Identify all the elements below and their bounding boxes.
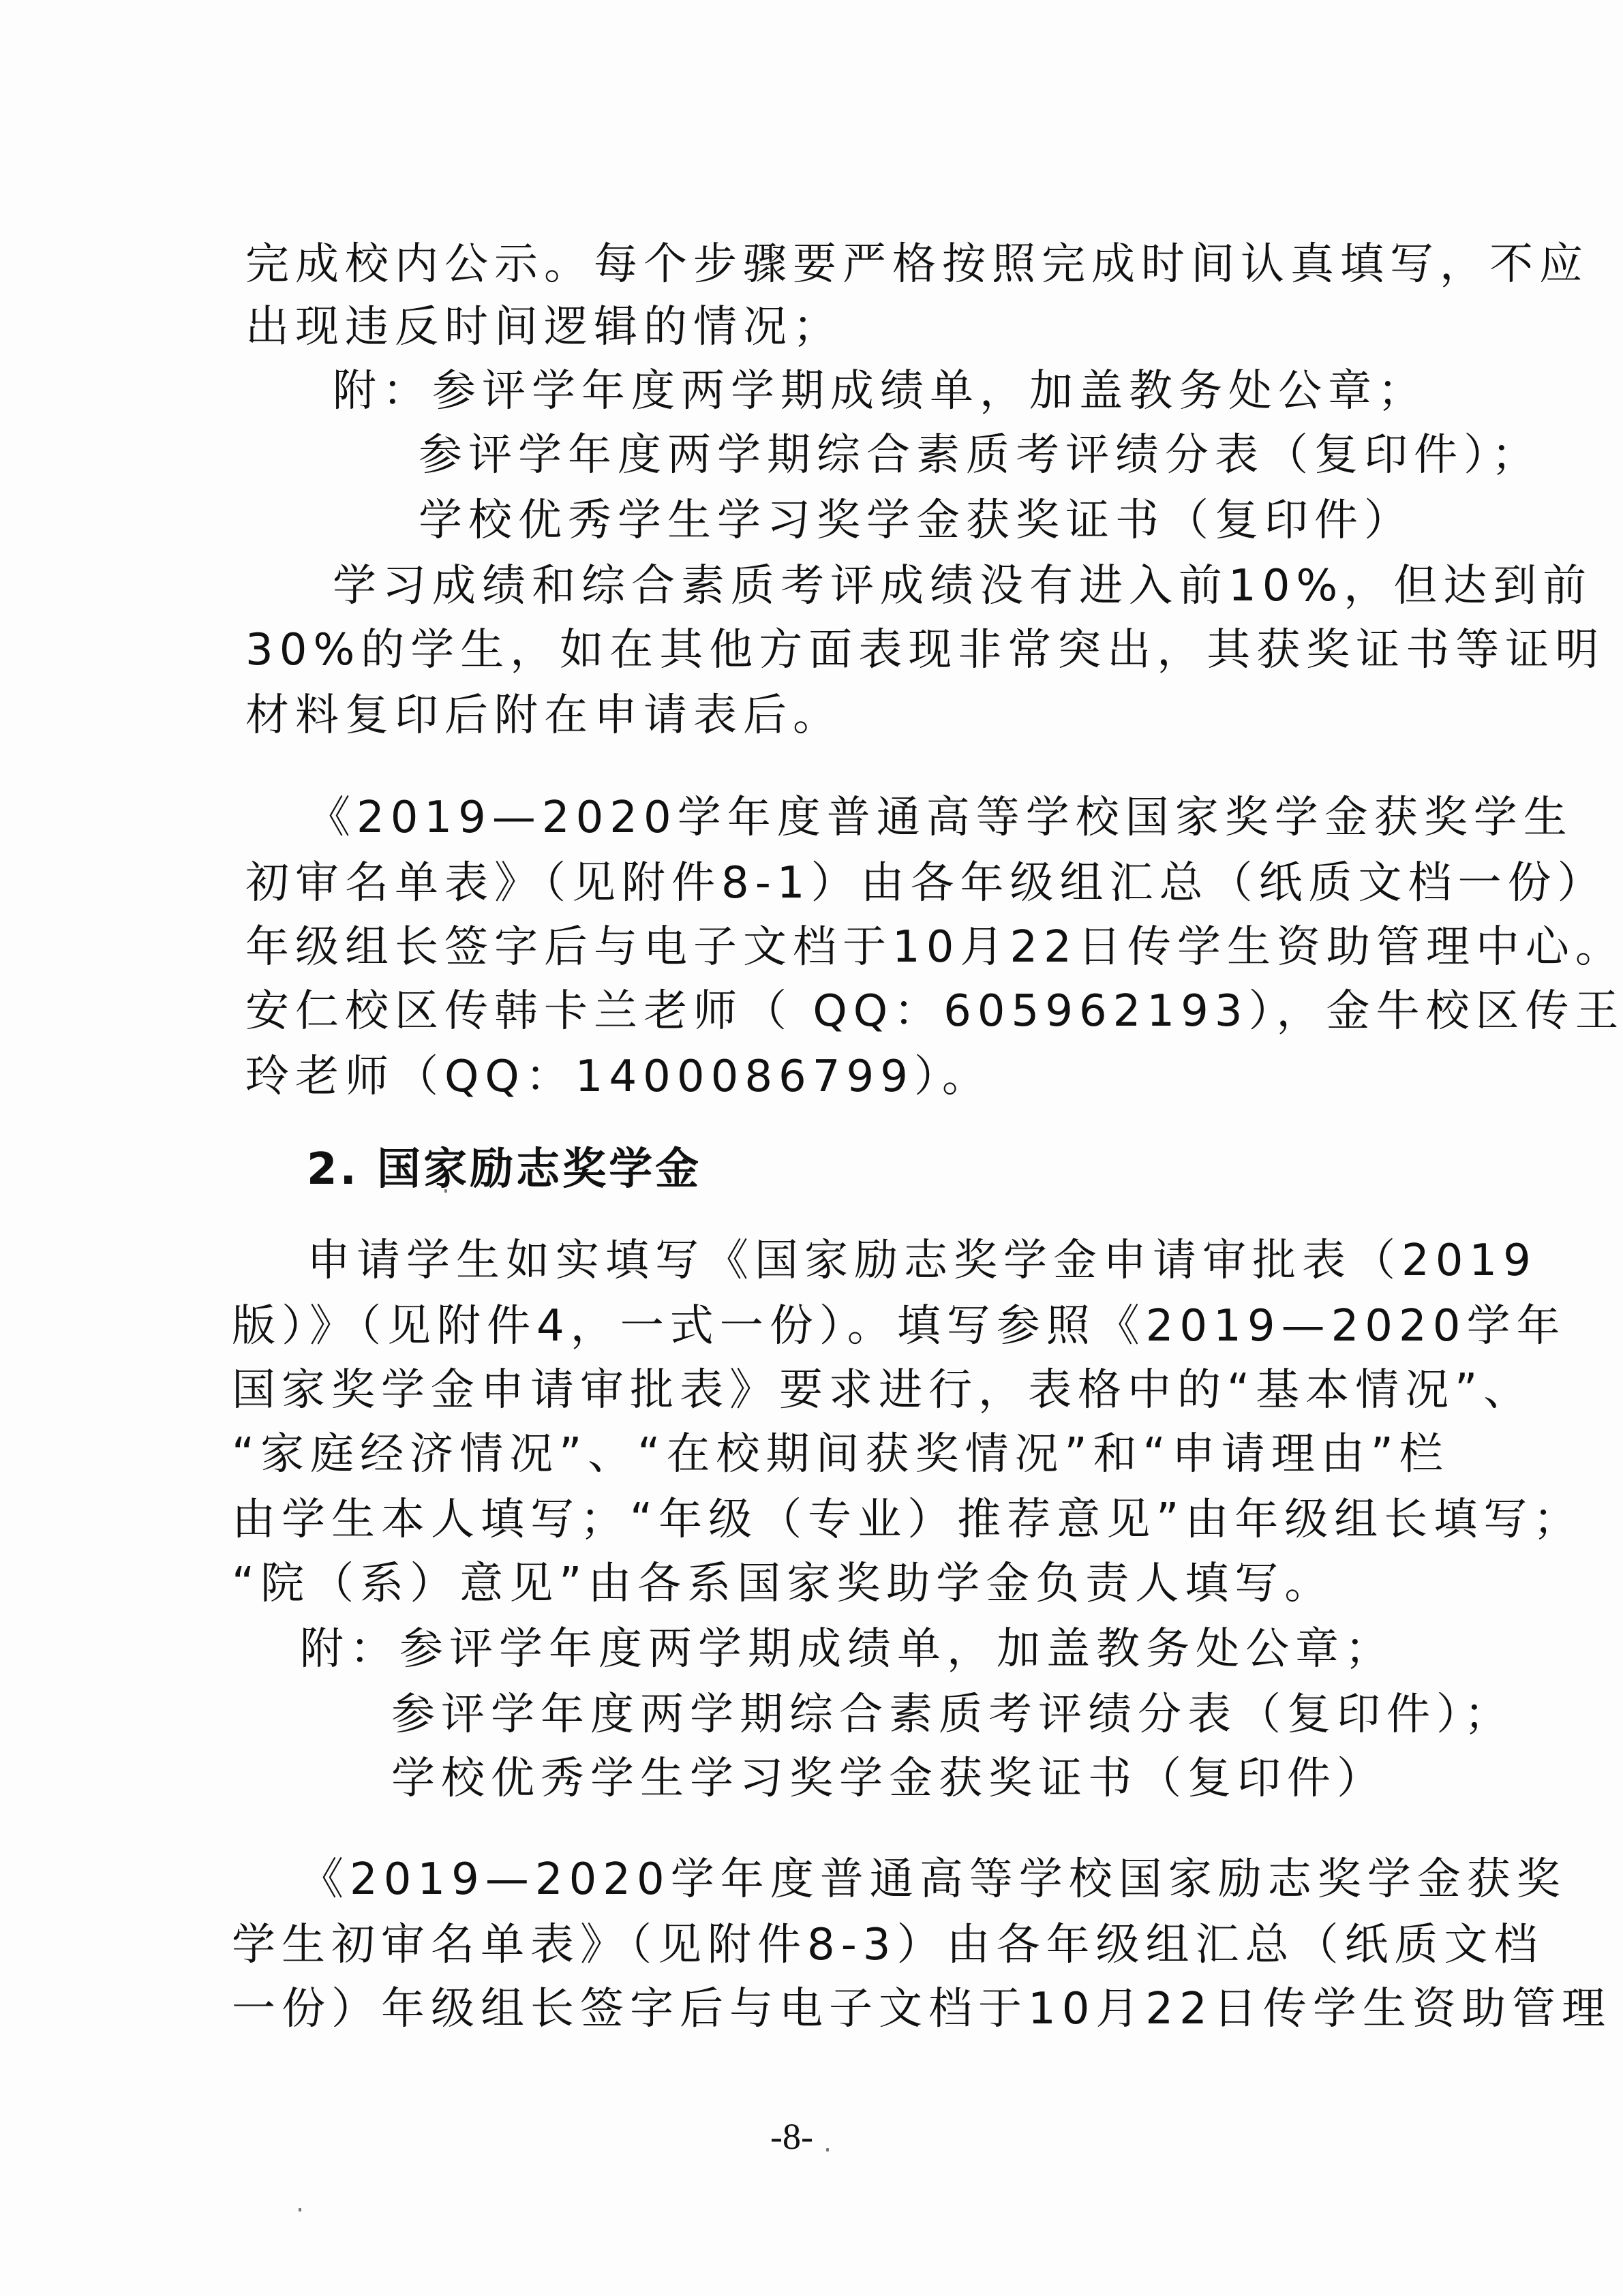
document-page: 完成校内公示。每个步骤要严格按照完成时间认真填写，不应出现违反时间逻辑的情况；附…: [0, 0, 1623, 2296]
text-line: 附：参评学年度两学期成绩单，加盖教务处公章；: [333, 364, 1427, 418]
scan-speck: [826, 2148, 829, 2152]
text-line: 出现违反时间逻辑的情况；: [245, 300, 843, 354]
text-line: 参评学年度两学期综合素质考评绩分表（复印件）；: [419, 428, 1541, 483]
scan-speck: [299, 2208, 301, 2211]
text-line: 版）》（见附件4，一式一份）。填写参照《2019—2020学年: [232, 1299, 1566, 1353]
text-line: 国家奖学金申请审批表》要求进行，表格中的“基本情况”、: [232, 1363, 1533, 1418]
text-line: 安仁校区传韩卡兰老师（ QQ：605962193），金牛校区传王海: [245, 984, 1623, 1039]
page-number: -8-: [770, 2113, 813, 2160]
text-line: “院（系）意见”由各系国家奖助学金负责人填写。: [232, 1557, 1334, 1611]
text-line: 学校优秀学生学习奖学金获奖证书（复印件）: [391, 1751, 1386, 1806]
text-line: 《2019—2020学年度普通高等学校国家奖学金获奖学生: [307, 791, 1573, 845]
text-line: “家庭经济情况”、“在校期间获奖情况”和“申请理由”栏: [232, 1427, 1449, 1482]
text-line: 初审名单表》（见附件8-1）由各年级组汇总（纸质文档一份）: [245, 856, 1607, 910]
text-line: 玲老师（QQ：1400086799）。: [245, 1050, 992, 1104]
text-line: 完成校内公示。每个步骤要严格按照完成时间认真填写，不应: [245, 237, 1589, 292]
scan-speck: [444, 1189, 447, 1193]
text-line: 附：参评学年度两学期成绩单，加盖教务处公章；: [300, 1622, 1395, 1677]
text-line: 年级组长签字后与电子文档于10月22日传学生资助管理中心。: [245, 920, 1623, 975]
text-line: 材料复印后附在申请表后。: [245, 688, 843, 743]
section-heading: 2. 国家励志奖学金: [307, 1142, 701, 1197]
text-line: 学习成绩和综合素质考评成绩没有进入前10%，但达到前: [333, 559, 1592, 613]
text-line: 学生初审名单表》（见附件8-3）由各年级组汇总（纸质文档: [232, 1918, 1544, 1972]
text-line: 申请学生如实填写《国家励志奖学金申请审批表（2019: [307, 1234, 1537, 1288]
text-line: 由学生本人填写；“年级（专业）推荐意见”由年级组长填写；: [232, 1493, 1583, 1547]
text-line: 30%的学生，如在其他方面表现非常突出，其获奖证书等证明: [245, 623, 1605, 677]
text-line: 参评学年度两学期综合素质考评绩分表（复印件）；: [391, 1687, 1514, 1742]
text-line: 一份）年级组长签字后与电子文档于10月22日传学生资助管理: [232, 1982, 1611, 2036]
text-line: 学校优秀学生学习奖学金获奖证书（复印件）: [419, 493, 1414, 548]
text-line: 《2019—2020学年度普通高等学校国家励志奖学金获奖: [300, 1852, 1566, 1907]
